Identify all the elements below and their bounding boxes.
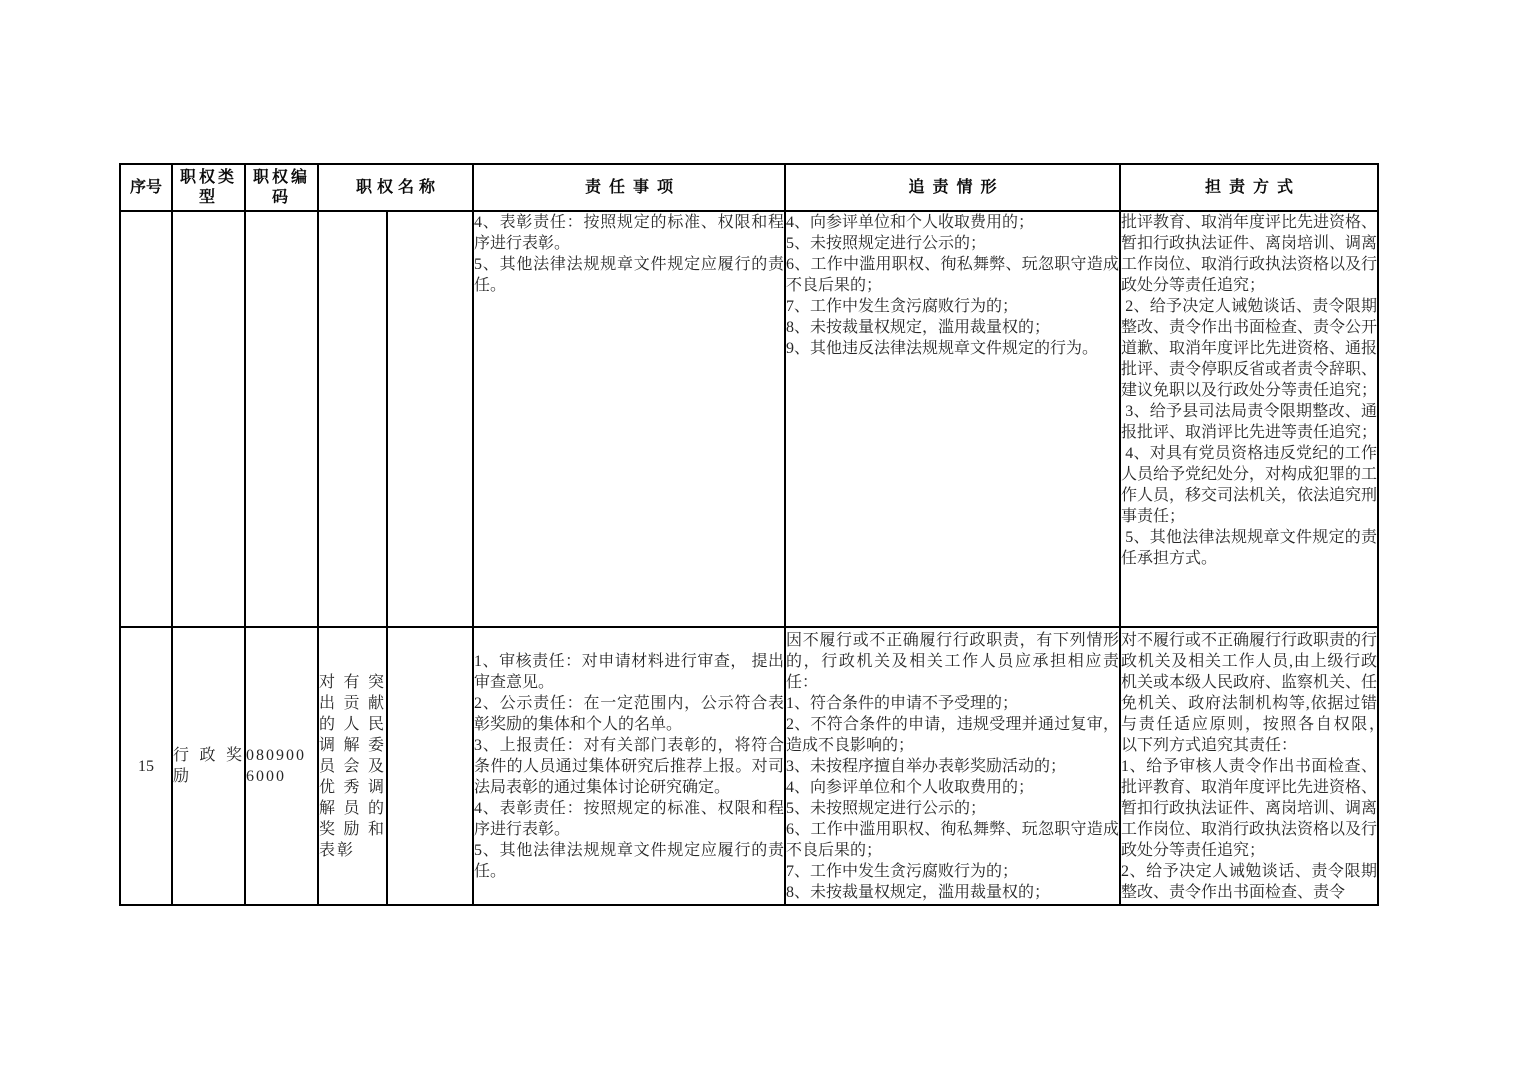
table-header-row: 序号 职权类型 职权编码 职权名称 责任事项 追责情形 担责方式 (120, 164, 1378, 211)
column-header-responsibility-items: 责任事项 (473, 164, 785, 211)
column-header-accountability-situations: 追责情形 (785, 164, 1120, 211)
cell-r2-accountability-methods: 对不履行或不正确履行行政职责的行政机关及相关工作人员,由上级行政机关或本级人民政… (1120, 627, 1378, 905)
cell-r1-serial-number (120, 211, 172, 627)
accountability-methods-text: 批评教育、取消年度评比先进资格、暂扣行政执法证件、离岗培训、调离工作岗位、取消行… (1121, 212, 1377, 569)
cell-r2-responsibility-items: 1、审核责任：对申请材料进行审查， 提出审查意见。 2、公示责任：在一定范围内，… (473, 627, 785, 905)
cell-r1-authority-name (318, 211, 387, 627)
accountability-situations-text: 因不履行或不正确履行行政职责，有下列情形的，行政机关及相关工作人员应承担相应责任… (786, 630, 1119, 902)
column-header-authority-name: 职权名称 (318, 164, 473, 211)
cell-r2-accountability-situations: 因不履行或不正确履行行政职责，有下列情形的，行政机关及相关工作人员应承担相应责任… (785, 627, 1120, 905)
column-header-authority-type: 职权类型 (172, 164, 245, 211)
cell-r1-responsibility-items: 4、表彰责任：按照规定的标准、权限和程序进行表彰。 5、其他法律法规规章文件规定… (473, 211, 785, 627)
cell-r1-authority-type (172, 211, 245, 627)
cell-r2-authority-code: 080900 6000 (245, 627, 318, 905)
table-row-15: 15 行政奖励 080900 6000 对有突出贡献的人民调解委员会及优秀调解员… (120, 627, 1378, 905)
column-header-accountability-methods: 担责方式 (1120, 164, 1378, 211)
cell-r1-accountability-methods: 批评教育、取消年度评比先进资格、暂扣行政执法证件、离岗培训、调离工作岗位、取消行… (1120, 211, 1378, 627)
cell-r2-authority-type: 行政奖励 (172, 627, 245, 905)
table-row-continuation: 4、表彰责任：按照规定的标准、权限和程序进行表彰。 5、其他法律法规规章文件规定… (120, 211, 1378, 627)
authority-code-line2: 6000 (246, 766, 317, 787)
accountability-methods-text: 对不履行或不正确履行行政职责的行政机关及相关工作人员,由上级行政机关或本级人民政… (1121, 630, 1377, 902)
cell-r1-accountability-situations: 4、向参评单位和个人收取费用的； 5、未按照规定进行公示的； 6、工作中滥用职权… (785, 211, 1120, 627)
column-header-serial-number: 序号 (120, 164, 172, 211)
responsibility-items-text: 4、表彰责任：按照规定的标准、权限和程序进行表彰。 5、其他法律法规规章文件规定… (474, 212, 784, 296)
cell-r1-authority-name-extra (387, 211, 473, 627)
cell-r2-serial-number: 15 (120, 627, 172, 905)
column-header-authority-code: 职权编码 (245, 164, 318, 211)
authority-responsibility-table: 序号 职权类型 职权编码 职权名称 责任事项 追责情形 担责方式 4、表彰责任：… (119, 163, 1379, 906)
document-page: 序号 职权类型 职权编码 职权名称 责任事项 追责情形 担责方式 4、表彰责任：… (0, 0, 1520, 1074)
accountability-situations-text: 4、向参评单位和个人收取费用的； 5、未按照规定进行公示的； 6、工作中滥用职权… (786, 212, 1119, 359)
authority-code-line1: 080900 (246, 745, 317, 766)
cell-r2-authority-name: 对有突出贡献的人民调解委员会及优秀调解员的奖励和表彰 (318, 627, 387, 905)
cell-r1-authority-code (245, 211, 318, 627)
responsibility-items-text: 1、审核责任：对申请材料进行审查， 提出审查意见。 2、公示责任：在一定范围内，… (474, 651, 784, 882)
cell-r2-authority-name-extra (387, 627, 473, 905)
